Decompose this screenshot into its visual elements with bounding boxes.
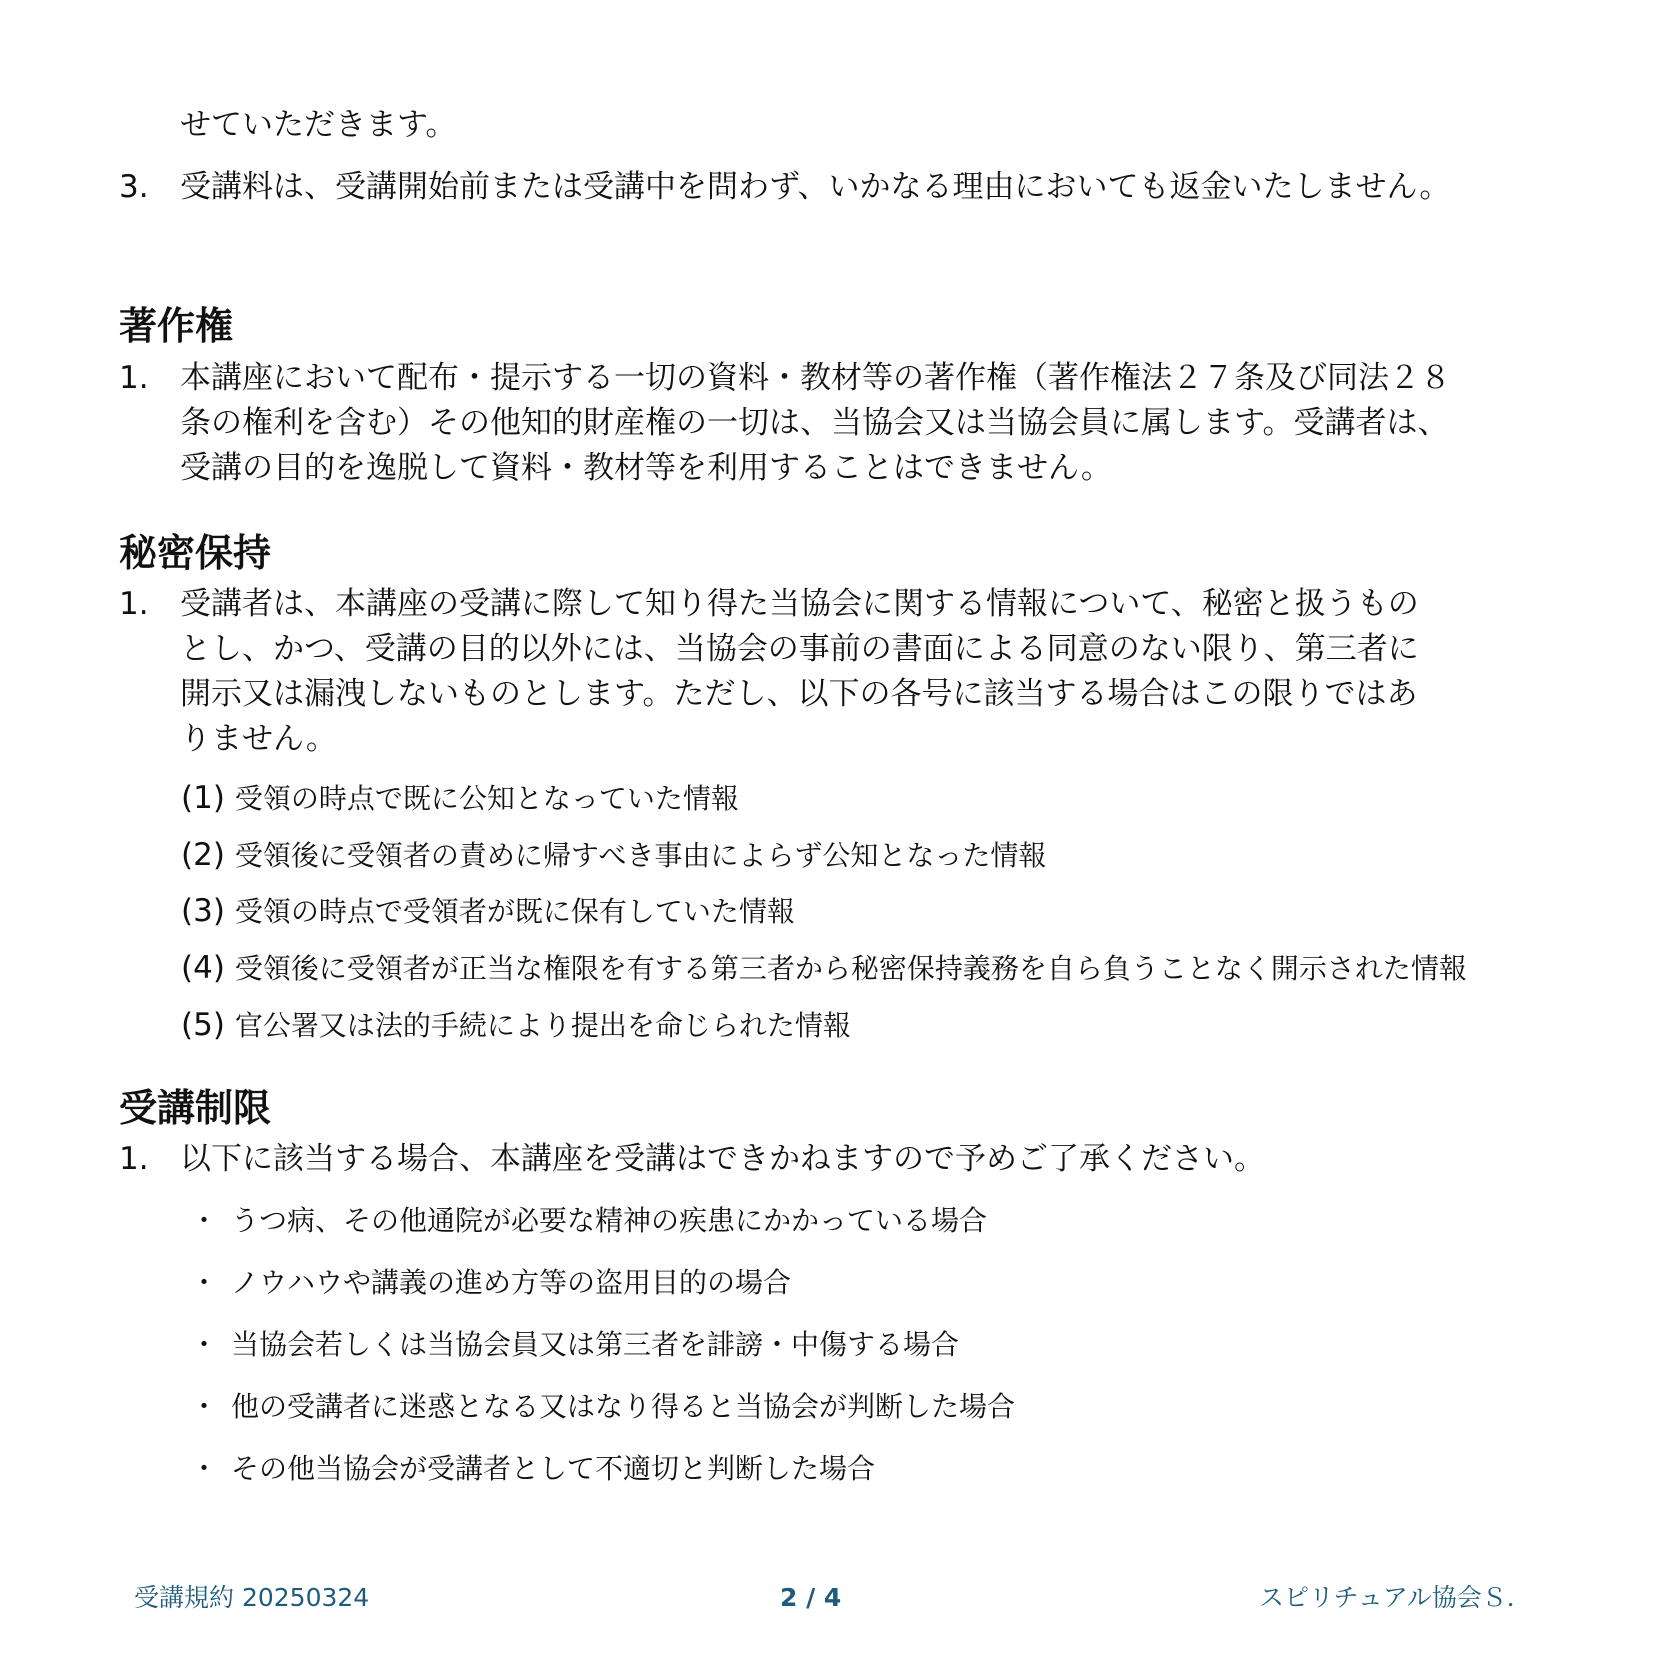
restriction-text: 他の受講者に迷惑となる又はなり得ると当協会が判断した場合 xyxy=(231,1390,1015,1423)
refund-clause-text: 受講料は、受講開始前または受講中を問わず、いかなる理由においても返金いたしません… xyxy=(180,165,1450,209)
section-heading-copyright: 著作権 xyxy=(119,302,233,350)
footer-doc-title: 受講規約 20250324 xyxy=(134,1580,369,1616)
copyright-line: 条の権利を含む）その他知的財産権の一切は、当協会又は当協会員に属します。受講者は… xyxy=(180,401,1449,445)
exception-item: (1)受領の時点で既に公知となっていた情報 xyxy=(181,778,739,819)
exception-item: (5)官公署又は法的手続により提出を命じられた情報 xyxy=(181,1005,851,1046)
restriction-bullet: ・他の受講者に迷惑となる又はなり得ると当協会が判断した場合 xyxy=(190,1387,1015,1427)
bullet-icon: ・ xyxy=(190,1387,231,1427)
exception-label: (5) xyxy=(181,1007,225,1043)
exception-item: (3)受領の時点で受領者が既に保有していた情報 xyxy=(181,891,795,932)
section-heading-restrictions: 受講制限 xyxy=(119,1084,271,1132)
copyright-line: 受講の目的を逸脱して資料・教材等を利用することはできません。 xyxy=(180,446,1112,490)
exception-text: 受領後に受領者が正当な権限を有する第三者から秘密保持義務を自ら負うことなく開示さ… xyxy=(235,952,1467,985)
list-number: 1. xyxy=(119,582,149,626)
restriction-bullet: ・ノウハウや講義の進め方等の盗用目的の場合 xyxy=(190,1263,791,1303)
copyright-line: 本講座において配布・提示する一切の資料・教材等の著作権（著作権法２７条及び同法２… xyxy=(180,356,1451,400)
restriction-bullet: ・うつ病、その他通院が必要な精神の疾患にかかっている場合 xyxy=(190,1201,987,1241)
exception-text: 受領の時点で受領者が既に保有していた情報 xyxy=(235,895,795,928)
continuation-text: せていただきます。 xyxy=(180,103,457,147)
exception-item: (4)受領後に受領者が正当な権限を有する第三者から秘密保持義務を自ら負うことなく… xyxy=(181,948,1467,989)
exception-label: (3) xyxy=(181,893,225,929)
page-number: 2 / 4 xyxy=(780,1580,841,1616)
exception-text: 受領後に受領者の責めに帰すべき事由によらず公知となった情報 xyxy=(235,839,1046,872)
confidentiality-line: とし、かつ、受講の目的以外には、当協会の事前の書面による同意のない限り、第三者に xyxy=(180,627,1419,671)
exception-label: (1) xyxy=(181,780,225,816)
restriction-bullet: ・当協会若しくは当協会員又は第三者を誹謗・中傷する場合 xyxy=(190,1325,959,1365)
restriction-text: ノウハウや講義の進め方等の盗用目的の場合 xyxy=(231,1266,791,1299)
restriction-text: その他当協会が受講者として不適切と判断した場合 xyxy=(231,1452,875,1485)
bullet-icon: ・ xyxy=(190,1201,231,1241)
exception-item: (2)受領後に受領者の責めに帰すべき事由によらず公知となった情報 xyxy=(181,835,1046,876)
restrictions-line: 以下に該当する場合、本講座を受講はできかねますので予めご了承ください。 xyxy=(180,1137,1265,1181)
footer-organization: スピリチュアル協会Ｓ． xyxy=(1259,1580,1532,1616)
list-number: 1. xyxy=(119,1137,149,1181)
restriction-bullet: ・その他当協会が受講者として不適切と判断した場合 xyxy=(190,1449,875,1489)
restriction-text: 当協会若しくは当協会員又は第三者を誹謗・中傷する場合 xyxy=(231,1328,959,1361)
exception-text: 受領の時点で既に公知となっていた情報 xyxy=(235,782,739,815)
exception-label: (2) xyxy=(181,837,225,873)
section-heading-confidentiality: 秘密保持 xyxy=(119,529,271,577)
bullet-icon: ・ xyxy=(190,1263,231,1303)
list-number: 1. xyxy=(119,356,149,400)
bullet-icon: ・ xyxy=(190,1325,231,1365)
exception-label: (4) xyxy=(181,950,225,986)
exception-text: 官公署又は法的手続により提出を命じられた情報 xyxy=(235,1009,851,1042)
confidentiality-line: 受講者は、本講座の受講に際して知り得た当協会に関する情報について、秘密と扱うもの xyxy=(180,582,1419,626)
list-number: 3. xyxy=(119,165,149,209)
document-page: せていただきます。 3. 受講料は、受講開始前または受講中を問わず、いかなる理由… xyxy=(0,0,1654,1654)
bullet-icon: ・ xyxy=(190,1449,231,1489)
confidentiality-line: 開示又は漏洩しないものとします。ただし、以下の各号に該当する場合はこの限りではあ xyxy=(180,672,1418,716)
restriction-text: うつ病、その他通院が必要な精神の疾患にかかっている場合 xyxy=(231,1204,987,1237)
confidentiality-line: りません。 xyxy=(180,717,337,761)
